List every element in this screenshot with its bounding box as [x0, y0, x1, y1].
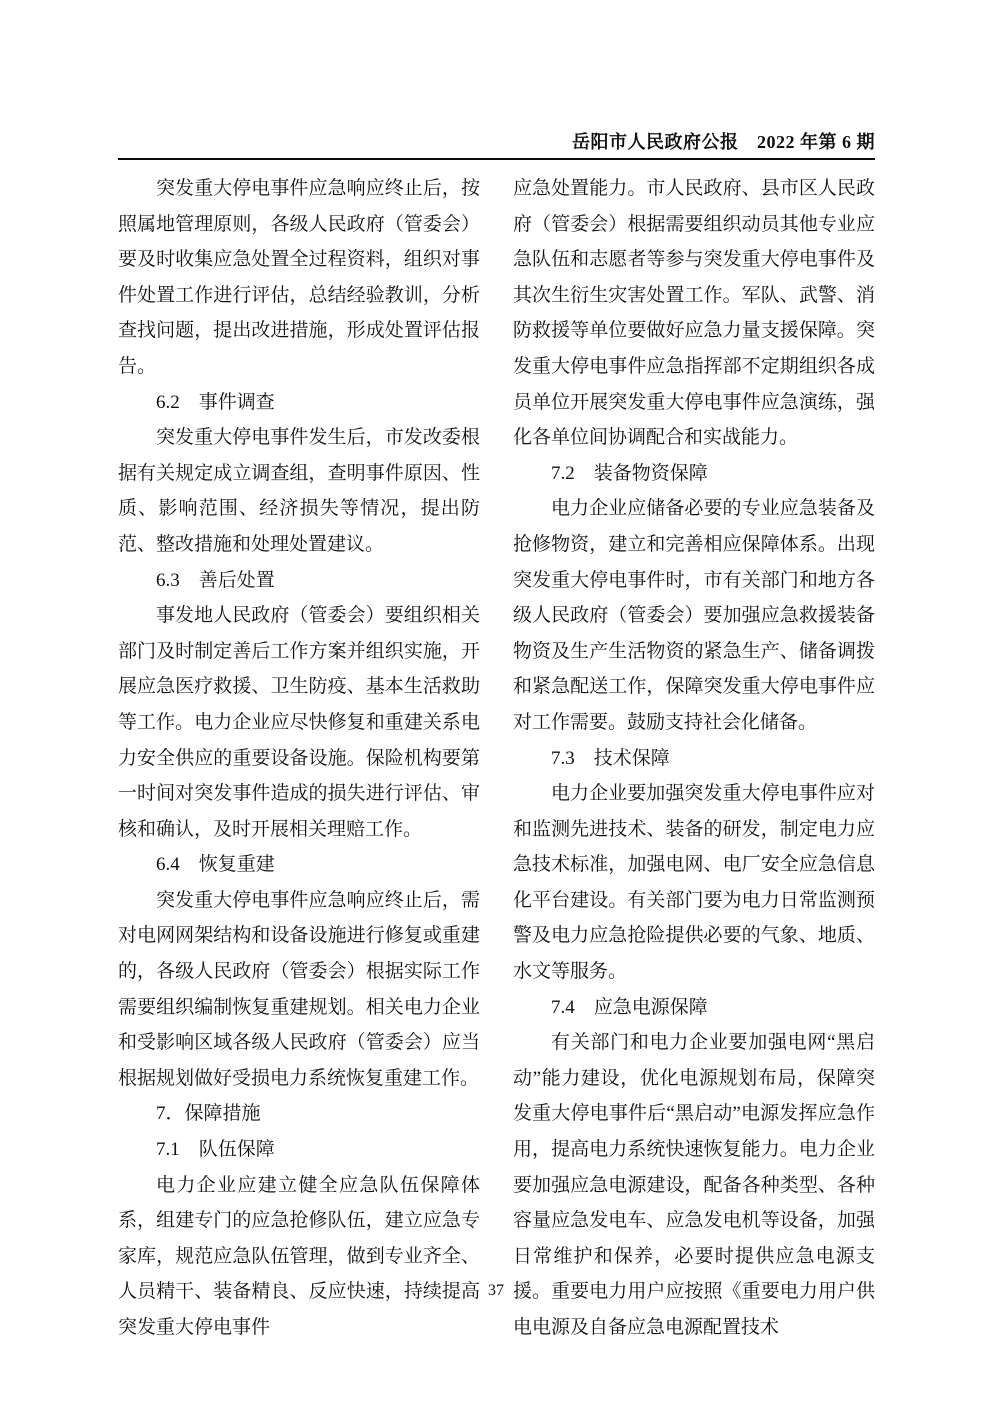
page-number: 37 — [488, 1282, 504, 1299]
body-paragraph-7-2: 电力企业应储备必要的专业应急装备及抢修物资，建立和完善相应保障体系。出现突发重大… — [513, 491, 875, 740]
body-paragraph-7-1-continuation: 应急处置能力。市人民政府、县市区人民政府（管委会）根据需要组织动员其他专业应急队… — [513, 171, 875, 456]
section-heading-7-2: 7.2 装备物资保障 — [513, 456, 875, 492]
document-body: 突发重大停电事件应急响应终止后，按照属地管理原则，各级人民政府（管委会）要及时收… — [118, 171, 875, 1346]
body-paragraph-6-2: 突发重大停电事件发生后，市发改委根据有关规定成立调查组，查明事件原因、性质、影响… — [118, 420, 480, 562]
body-paragraph-6-4: 突发重大停电事件应急响应终止后，需对电网网架结构和设备设施进行修复或重建的，各级… — [118, 883, 480, 1097]
page-footer: 37 — [0, 1281, 992, 1301]
section-heading-7-4: 7.4 应急电源保障 — [513, 990, 875, 1026]
gazette-page: 岳阳市人民政府公报 2022 年第 6 期 突发重大停电事件应急响应终止后，按照… — [0, 0, 992, 1403]
body-paragraph-6-3: 事发地人民政府（管委会）要组织相关部门及时制定善后工作方案并组织实施，开展应急医… — [118, 598, 480, 847]
body-paragraph-6-1-continuation: 突发重大停电事件应急响应终止后，按照属地管理原则，各级人民政府（管委会）要及时收… — [118, 171, 480, 385]
section-heading-6-3: 6.3 善后处置 — [118, 563, 480, 599]
section-heading-7-3: 7.3 技术保障 — [513, 741, 875, 777]
section-heading-6-4: 6.4 恢复重建 — [118, 847, 480, 883]
page-header: 岳阳市人民政府公报 2022 年第 6 期 — [118, 131, 875, 160]
left-column: 突发重大停电事件应急响应终止后，按照属地管理原则，各级人民政府（管委会）要及时收… — [118, 171, 480, 1346]
right-column: 应急处置能力。市人民政府、县市区人民政府（管委会）根据需要组织动员其他专业应急队… — [513, 171, 875, 1346]
section-heading-7-1: 7.1 队伍保障 — [118, 1132, 480, 1168]
gazette-header-title: 岳阳市人民政府公报 2022 年第 6 期 — [572, 132, 875, 152]
section-heading-6-2: 6.2 事件调查 — [118, 385, 480, 421]
body-paragraph-7-1: 电力企业应建立健全应急队伍保障体系，组建专门的应急抢修队伍，建立应急专家库，规范… — [118, 1168, 480, 1346]
body-paragraph-7-3: 电力企业要加强突发重大停电事件应对和监测先进技术、装备的研发，制定电力应急技术标… — [513, 776, 875, 990]
section-heading-7: 7．保障措施 — [118, 1096, 480, 1132]
